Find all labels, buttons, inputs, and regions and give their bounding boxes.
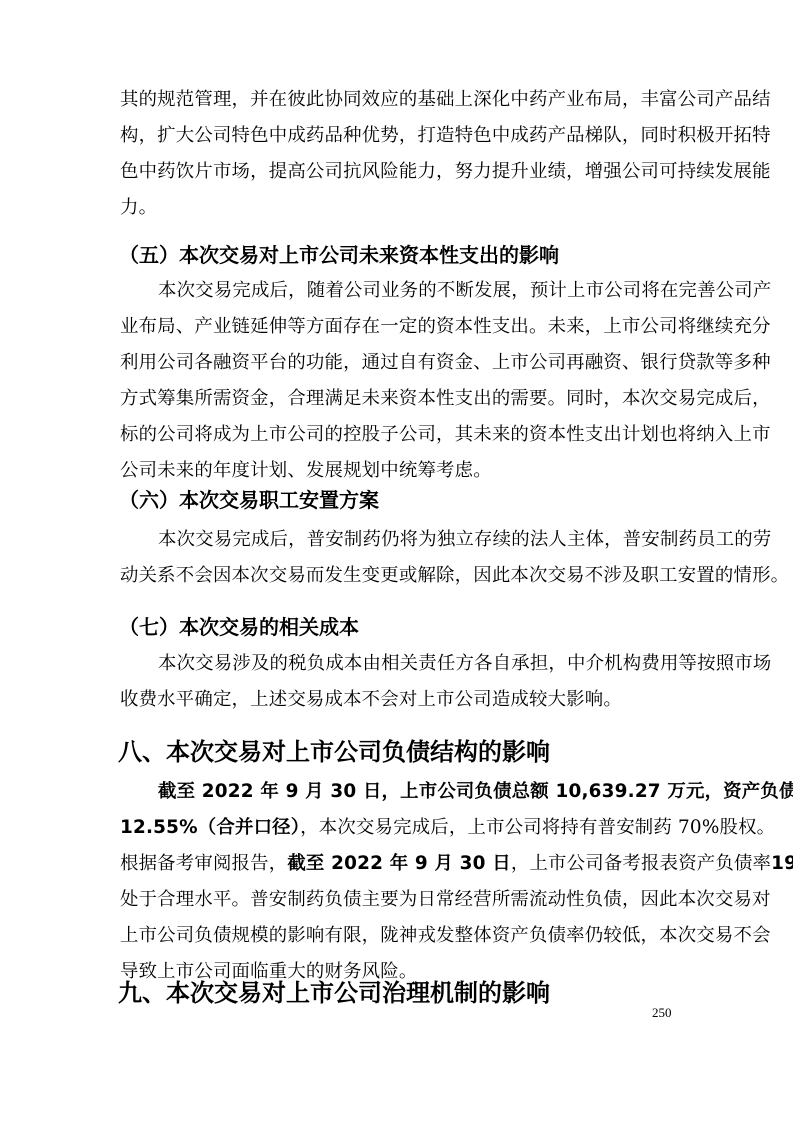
text-span: ，上市公司备考报表资产负债率 (511, 853, 771, 874)
text-line: 构，扩大公司特色中成药品种优势，打造特色中成药产品梯队，同时积极开拓特 (120, 124, 674, 148)
document-page: 其的规范管理，并在彼此协同效应的基础上深化中药产业布局，丰富公司产品结 构，扩大… (0, 0, 793, 1122)
text-line: 力。 (120, 196, 674, 220)
page-number: 250 (652, 1005, 672, 1021)
text-line: 方式筹集所需资金，合理满足未来资本性支出的需要。同时，本次交易完成后， (120, 387, 674, 411)
bold-text: 19.29% (771, 853, 793, 874)
text-line: 本次交易完成后，普安制药仍将为独立存续的法人主体，普安制药员工的劳 (158, 528, 674, 552)
section-heading-5: （五）本次交易对上市公司未来资本性支出的影响 (119, 241, 559, 269)
text-span: ，本次交易完成后，上市公司将持有普安制药 70%股权。 (300, 817, 775, 838)
text-line: 其的规范管理，并在彼此协同效应的基础上深化中药产业布局，丰富公司产品结 (120, 88, 674, 112)
text-line: 收费水平确定，上述交易成本不会对上市公司造成较大影响。 (120, 688, 674, 712)
text-line: 业布局、产业链延伸等方面存在一定的资本性支出。未来，上市公司将继续充分 (120, 315, 674, 339)
text-line: 利用公司各融资平台的功能，通过自有资金、上市公司再融资、银行贷款等多种 (120, 351, 674, 375)
text-line: 公司未来的年度计划、发展规划中统筹考虑。 (120, 459, 674, 483)
text-line: 本次交易涉及的税负成本由相关责任方各自承担，中介机构费用等按照市场 (158, 652, 674, 676)
text-line: 动关系不会因本次交易而发生变更或解除，因此本次交易不涉及职工安置的情形。 (120, 564, 674, 588)
text-span: 根据备考审阅报告， (120, 853, 287, 874)
text-line: 根据备考审阅报告，截至 2022 年 9 月 30 日，上市公司备考报表资产负债… (120, 852, 674, 876)
text-line: 本次交易完成后，随着公司业务的不断发展，预计上市公司将在完善公司产 (158, 279, 674, 303)
text-line: 12.55%（合并口径），本次交易完成后，上市公司将持有普安制药 70%股权。 (120, 816, 674, 840)
bold-text: 截至 2022 年 9 月 30 日 (287, 853, 511, 874)
section-heading-7: （七）本次交易的相关成本 (119, 613, 359, 641)
text-line: 上市公司负债规模的影响有限，陇神戎发整体资产负债率仍较低，本次交易不会 (120, 924, 674, 948)
text-line: 色中药饮片市场，提高公司抗风险能力，努力提升业绩，增强公司可持续发展能 (120, 160, 674, 184)
text-line: 标的公司将成为上市公司的控股子公司，其未来的资本性支出计划也将纳入上市 (120, 423, 674, 447)
text-line-bold: 截至 2022 年 9 月 30 日，上市公司负债总额 10,639.27 万元… (158, 780, 674, 804)
text-line: 处于合理水平。普安制药负债主要为日常经营所需流动性负债，因此本次交易对 (120, 888, 674, 912)
bold-text: 12.55%（合并口径） (120, 817, 300, 838)
chapter-heading-8: 八、本次交易对上市公司负债结构的影响 (118, 736, 550, 768)
chapter-heading-9: 九、本次交易对上市公司治理机制的影响 (118, 977, 550, 1009)
section-heading-6: （六）本次交易职工安置方案 (119, 486, 379, 514)
